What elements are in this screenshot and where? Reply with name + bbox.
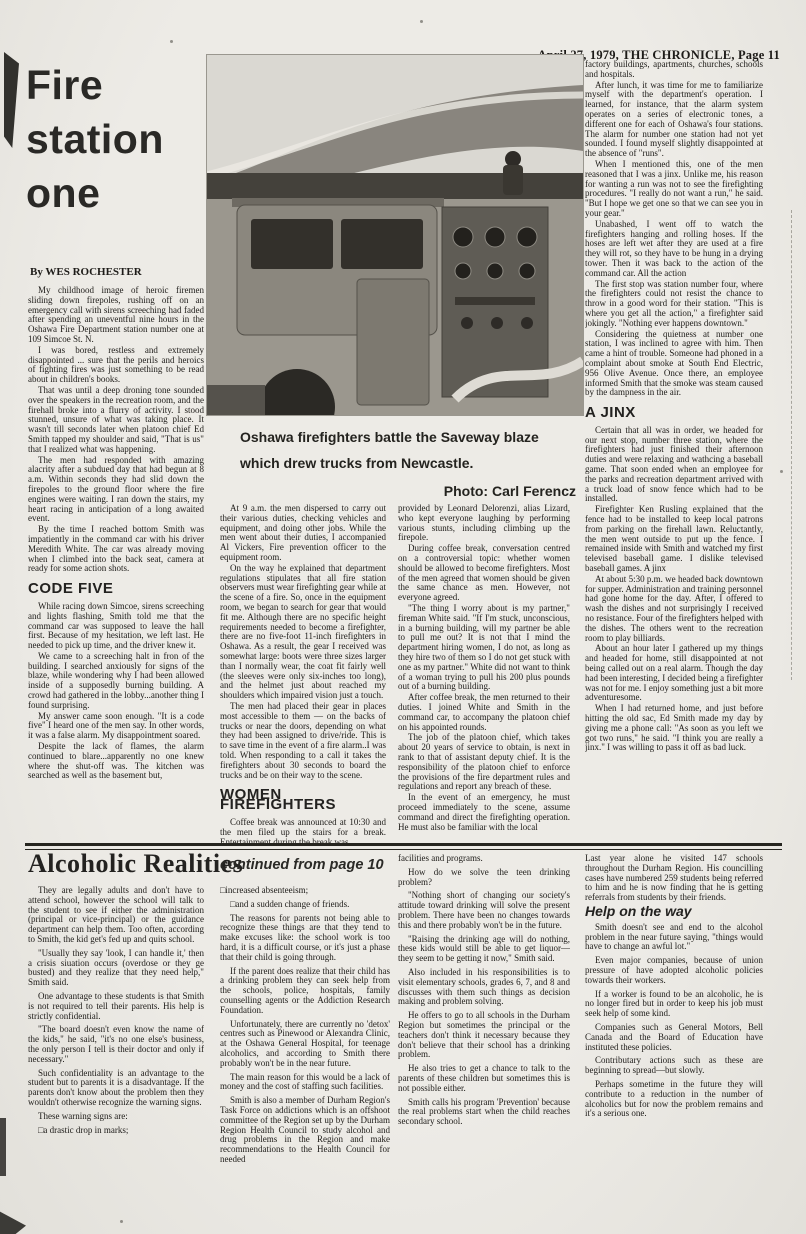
scan-artifact — [0, 1206, 26, 1234]
paragraph: After lunch, it was time for me to famil… — [585, 81, 763, 159]
paragraph: Firefighter Ken Rusling explained that t… — [585, 505, 763, 574]
paragraph: He offers to go to all schools in the Du… — [398, 1011, 570, 1060]
paragraph: provided by Leonard Delorenzi, alias Liz… — [398, 504, 570, 543]
gauge — [519, 263, 535, 279]
paragraph: Perhaps sometime in the future they will… — [585, 1080, 763, 1119]
alcohol-col4-bottom-paragraphs: Smith doesn't see and end to the alcohol… — [585, 923, 763, 1119]
paragraph: □a drastic drop in marks; — [28, 1126, 204, 1136]
paragraph: By the time I reached bottom Smith was i… — [28, 525, 204, 574]
continued-from-note: continued from page 10 — [220, 857, 384, 873]
paragraph: We came to a screeching halt in fron of … — [28, 652, 204, 711]
newspaper-page: April 27, 1979, THE CHRONICLE, Page 11 F… — [0, 0, 806, 1234]
caption-line-1: Oshawa firefighters battle the Saveway b… — [240, 424, 576, 450]
fire-col4-paragraphs: factory buildings, apartments, churches,… — [585, 60, 763, 398]
section-heading-code-five: CODE FIVE — [28, 584, 204, 594]
section-heading-a-jinx: A JINX — [585, 408, 763, 418]
a-jinx-paragraphs: Certain that all was in order, we headed… — [585, 426, 763, 753]
paragraph: If the parent does realize that their ch… — [220, 967, 390, 1016]
section-heading-help-on-the-way: Help on the way — [585, 907, 763, 917]
paragraph: Last year alone he visited 147 schools t… — [585, 854, 763, 903]
firefighter-figure — [503, 165, 523, 195]
paragraph: When I mentioned this, one of the men re… — [585, 160, 763, 219]
paragraph: The first stop was station number four, … — [585, 280, 763, 329]
paragraph: "Usually they say 'look, I can handle it… — [28, 949, 204, 988]
paragraph: Unfortunately, there are currently no 'd… — [220, 1020, 390, 1069]
alcohol-col2-paragraphs: □increased absenteeism;□and a sudden cha… — [220, 886, 390, 1165]
fire-column-1: My childhood image of heroic firemen sli… — [28, 286, 204, 842]
fire-col2-paragraphs: At 9 a.m. the men dispersed to carry out… — [220, 504, 386, 780]
paragraph: Unabashed, I went off to watch the firef… — [585, 220, 763, 279]
scan-artifact — [4, 52, 19, 148]
paragraph: The men had placed their gear in places … — [220, 702, 386, 780]
paragraph: About an hour later I gathered up my thi… — [585, 644, 763, 703]
paragraph: □and a sudden change of friends. — [220, 900, 390, 910]
paragraph: "The thing I worry about is my partner,"… — [398, 604, 570, 692]
paragraph: While racing down Simcoe, sirens screech… — [28, 602, 204, 651]
women-firefighters-paragraphs: Coffee break was announced at 10:30 and … — [220, 818, 386, 844]
paragraph: That was until a deep droning tone sound… — [28, 386, 204, 455]
alcohol-column-3: facilities and programs.How do we solve … — [398, 854, 570, 1202]
paragraph: Despite the lack of flames, the alarm co… — [28, 742, 204, 781]
caption-line-2: which drew trucks from Newcastle. — [240, 450, 576, 476]
scan-artifact — [120, 1220, 123, 1223]
scan-artifact — [420, 20, 423, 23]
paragraph: I was bored, restless and extremely disa… — [28, 346, 204, 385]
fire-scene-illustration — [207, 55, 583, 415]
paragraph: He also tries to get a chance to talk to… — [398, 1064, 570, 1093]
photo-caption: Oshawa firefighters battle the Saveway b… — [240, 424, 576, 504]
paragraph: Also included in his responsibilities is… — [398, 968, 570, 1007]
fire-article-byline: By WES ROCHESTER — [30, 266, 142, 278]
paragraph: My answer came soon enough. "It is a cod… — [28, 712, 204, 741]
paragraph: At about 5:30 p.m. we headed back downto… — [585, 575, 763, 644]
scan-artifact — [780, 470, 783, 473]
firefighter-figure — [505, 151, 521, 167]
paragraph: □increased absenteeism; — [220, 886, 390, 896]
paragraph: The men had responded with amazing alacr… — [28, 456, 204, 525]
valve-knob — [461, 317, 473, 329]
scan-artifact — [791, 210, 792, 680]
paragraph: If a worker is found to be an alcoholic,… — [585, 990, 763, 1019]
alcohol-column-2: □increased absenteeism;□and a sudden cha… — [220, 886, 390, 1198]
paragraph: How do we solve the teen drinking proble… — [398, 868, 570, 888]
foreground-shadow — [207, 385, 265, 415]
paragraph: On the way he explained that department … — [220, 564, 386, 701]
paragraph: Smith doesn't see and end to the alcohol… — [585, 923, 763, 952]
code-five-paragraphs: While racing down Simcoe, sirens screech… — [28, 602, 204, 781]
fire-col3-paragraphs: provided by Leonard Delorenzi, alias Liz… — [398, 504, 570, 832]
windshield-left — [251, 219, 333, 269]
paragraph: After coffee break, the men returned to … — [398, 693, 570, 732]
paragraph: Coffee break was announced at 10:30 and … — [220, 818, 386, 844]
section-heading-women-firefighters: WOMEN FIREFIGHTERS — [220, 790, 386, 810]
alcohol-article-headline: Alcoholic Realities — [28, 849, 243, 879]
building-eave — [207, 173, 583, 199]
paragraph: Companies such as General Motors, Bell C… — [585, 1023, 763, 1052]
scan-artifact — [170, 40, 173, 43]
paragraph: The job of the platoon chief, which take… — [398, 733, 570, 792]
article-photo — [207, 55, 583, 415]
gauge — [453, 227, 473, 247]
paragraph: "The board doesn't even know the name of… — [28, 1025, 204, 1064]
fire-article-headline: Fire station one — [26, 58, 226, 220]
alcohol-col1-paragraphs: They are legally adults and don't have t… — [28, 886, 204, 1135]
paragraph: One advantage to these students is that … — [28, 992, 204, 1021]
windshield-right — [341, 219, 423, 269]
gauge — [485, 227, 505, 247]
paragraph: Considering the quietness at number one … — [585, 330, 763, 399]
fire-column-3: provided by Leonard Delorenzi, alias Liz… — [398, 504, 570, 844]
paragraph: The main reason for this would be a lack… — [220, 1073, 390, 1093]
valve-bar — [455, 297, 535, 305]
paragraph: Such confidentiality is an advantage to … — [28, 1069, 204, 1108]
paragraph: My childhood image of heroic firemen sli… — [28, 286, 204, 345]
paragraph: "Raising the drinking age will do nothin… — [398, 935, 570, 964]
paragraph: Smith is also a member of Durham Region'… — [220, 1096, 390, 1165]
alcohol-col4-top-paragraphs: Last year alone he visited 147 schools t… — [585, 854, 763, 903]
fire-column-2: At 9 a.m. the men dispersed to carry out… — [220, 504, 386, 844]
paragraph: facilities and programs. — [398, 854, 570, 864]
paragraph: Contributary actions such as these are b… — [585, 1056, 763, 1076]
photo-credit: Photo: Carl Ferencz — [240, 478, 576, 504]
gauge — [455, 263, 471, 279]
gauge — [517, 227, 537, 247]
fire-column-4: factory buildings, apartments, churches,… — [585, 60, 763, 844]
paragraph: Certain that all was in order, we headed… — [585, 426, 763, 504]
fire-intro-paragraphs: My childhood image of heroic firemen sli… — [28, 286, 204, 574]
cab-door — [357, 279, 429, 405]
paragraph: At 9 a.m. the men dispersed to carry out… — [220, 504, 386, 563]
paragraph: In the event of an emergency, he must pr… — [398, 793, 570, 832]
paragraph: During coffee break, conversation centre… — [398, 544, 570, 603]
paragraph: These warning signs are: — [28, 1112, 204, 1122]
paragraph: When I had returned home, and just befor… — [585, 704, 763, 753]
paragraph: "Nothing short of changing our society's… — [398, 891, 570, 930]
valve-knob — [491, 317, 503, 329]
paragraph: Smith calls his program 'Prevention' bec… — [398, 1098, 570, 1127]
paragraph: factory buildings, apartments, churches,… — [585, 60, 763, 80]
alcohol-col3-paragraphs: facilities and programs.How do we solve … — [398, 854, 570, 1127]
alcohol-column-4: Last year alone he visited 147 schools t… — [585, 854, 763, 1202]
paragraph: Even major companies, because of union p… — [585, 956, 763, 985]
paragraph: They are legally adults and don't have t… — [28, 886, 204, 945]
alcohol-column-1: They are legally adults and don't have t… — [28, 886, 204, 1198]
gauge — [487, 263, 503, 279]
scan-artifact — [0, 1118, 6, 1176]
paragraph: The reasons for parents not being able t… — [220, 914, 390, 963]
valve-knob — [521, 317, 533, 329]
